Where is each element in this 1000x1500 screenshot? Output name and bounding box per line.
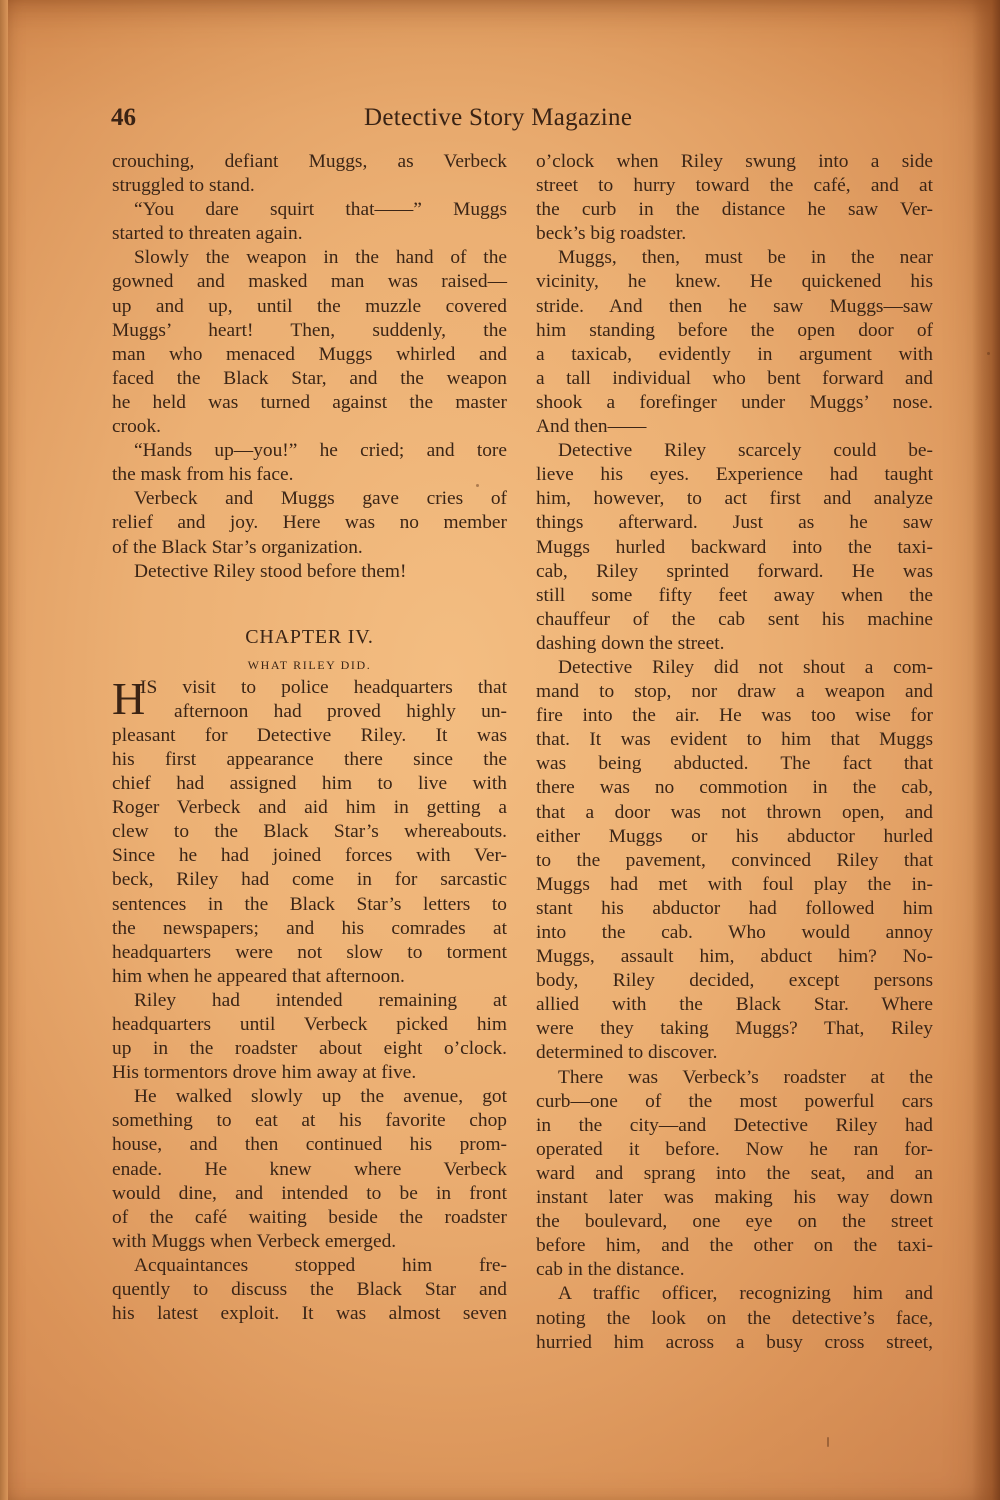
text-line: was being abducted. The fact that (536, 752, 933, 776)
text-line: “Hands up—you!” he cried; and tore (112, 439, 507, 463)
left-column-text-before-chapter: crouching, defiant Muggs, as Verbeckstru… (112, 150, 507, 584)
text-line: “You dare squirt that——” Muggs (112, 198, 507, 222)
page-right-edge-shadow (972, 0, 1000, 1500)
text-line: body, Riley decided, except persons (536, 969, 933, 993)
text-line: struggled to stand. (112, 174, 507, 198)
text-line: vicinity, he knew. He quickened his (536, 270, 933, 294)
text-line: the mask from his face. (112, 463, 507, 487)
chapter-subtitle: WHAT RILEY DID. (112, 654, 507, 676)
text-line: headquarters until Verbeck picked him (112, 1013, 507, 1037)
text-line: him when he appeared that afternoon. (112, 965, 507, 989)
text-line: man who menaced Muggs whirled and (112, 343, 507, 367)
page-left-edge (0, 0, 8, 1500)
text-line: Riley had intended remaining at (112, 989, 507, 1013)
drop-cap-letter: H (112, 677, 145, 721)
text-line: Roger Verbeck and aid him in getting a (112, 796, 507, 820)
text-line: crouching, defiant Muggs, as Verbeck (112, 150, 507, 174)
text-line: Since he had joined forces with Ver- (112, 844, 507, 868)
text-line: beck, Riley had come in for sarcastic (112, 868, 507, 892)
left-column: crouching, defiant Muggs, as Verbeckstru… (112, 150, 507, 1326)
text-line: relief and joy. Here was no member (112, 511, 507, 535)
text-line: determined to discover. (536, 1041, 933, 1065)
text-line: his latest exploit. It was almost seven (112, 1302, 507, 1326)
text-line: either Muggs or his abductor hurled (536, 825, 933, 849)
text-line: Detective Riley stood before them! (112, 560, 507, 584)
text-line: o’clock when Riley swung into a side (536, 150, 933, 174)
text-line: clew to the Black Star’s whereabouts. (112, 820, 507, 844)
text-line: Slowly the weapon in the hand of the (112, 246, 507, 270)
text-line: Muggs’ heart! Then, suddenly, the (112, 319, 507, 343)
text-line: things afterward. Just as he saw (536, 511, 933, 535)
text-line: operated it before. Now he ran for- (536, 1138, 933, 1162)
page-header: 46 Detective Story Magazine (111, 104, 931, 138)
text-line: something to eat at his favorite chop (112, 1109, 507, 1133)
text-line: that. It was evident to him that Muggs (536, 728, 933, 752)
text-line: His tormentors drove him away at five. (112, 1061, 507, 1085)
text-line: afternoon had proved highly un- (112, 700, 507, 724)
text-line: house, and then continued his prom- (112, 1133, 507, 1157)
text-line: beck’s big roadster. (536, 222, 933, 246)
text-line: in the city—and Detective Riley had (536, 1114, 933, 1138)
text-line: were they taking Muggs? That, Riley (536, 1017, 933, 1041)
left-column-text-after-chapter: pleasant for Detective Riley. It washis … (112, 724, 507, 1326)
text-line: cab in the distance. (536, 1258, 933, 1282)
text-line: the boulevard, one eye on the street (536, 1210, 933, 1234)
text-line: pleasant for Detective Riley. It was (112, 724, 507, 748)
text-line: street to hurry toward the café, and at (536, 174, 933, 198)
text-line: lieve his eyes. Experience had taught (536, 463, 933, 487)
text-line: a tall individual who bent forward and (536, 367, 933, 391)
chapter-title: CHAPTER IV. (112, 624, 507, 650)
paper-speck (476, 484, 479, 487)
text-line: hurried him across a busy cross street, (536, 1331, 933, 1355)
text-line: And then—— (536, 415, 933, 439)
page-number: 46 (111, 104, 136, 132)
text-line: of the Black Star’s organization. (112, 536, 507, 560)
text-line: chief had assigned him to live with (112, 772, 507, 796)
paper-speck (987, 352, 990, 355)
text-line: would dine, and intended to be in front (112, 1182, 507, 1206)
text-line: Detective Riley did not shout a com- (536, 656, 933, 680)
text-line: to the pavement, convinced Riley that (536, 849, 933, 873)
text-line: noting the look on the detective’s face, (536, 1307, 933, 1331)
text-line: curb—one of the most powerful cars (536, 1090, 933, 1114)
running-title: Detective Story Magazine (364, 104, 632, 132)
text-line: He walked slowly up the avenue, got (112, 1085, 507, 1109)
text-line: of the café waiting beside the roadster (112, 1206, 507, 1230)
chapter-heading: CHAPTER IV. WHAT RILEY DID. (112, 624, 507, 676)
right-column: o’clock when Riley swung into a sidestre… (536, 150, 933, 1355)
text-line: chauffeur of the cab sent his machine (536, 608, 933, 632)
right-column-text: o’clock when Riley swung into a sidestre… (536, 150, 933, 1355)
text-line: ward and sprang into the seat, and an (536, 1162, 933, 1186)
text-line: into the cab. Who would annoy (536, 921, 933, 945)
text-line: A traffic officer, recognizing him and (536, 1282, 933, 1306)
text-line: gowned and masked man was raised— (112, 270, 507, 294)
text-line: IS visit to police headquarters that (112, 676, 507, 700)
text-line: fire into the air. He was too wise for (536, 704, 933, 728)
text-line: before him, and the other on the taxi- (536, 1234, 933, 1258)
text-line: There was Verbeck’s roadster at the (536, 1066, 933, 1090)
text-line: stride. And then he saw Muggs—saw (536, 295, 933, 319)
text-line: dashing down the street. (536, 632, 933, 656)
text-line: cab, Riley sprinted forward. He was (536, 560, 933, 584)
chapter-opening: H IS visit to police headquarters that a… (112, 676, 507, 724)
text-line: Muggs hurled backward into the taxi- (536, 536, 933, 560)
text-line: his first appearance there since the (112, 748, 507, 772)
text-line: the newspapers; and his comrades at (112, 917, 507, 941)
text-line: headquarters were not slow to torment (112, 941, 507, 965)
text-line: him standing before the open door of (536, 319, 933, 343)
magazine-page: 46 Detective Story Magazine crouching, d… (0, 0, 1000, 1500)
text-line: that a door was not thrown open, and (536, 801, 933, 825)
text-line: Acquaintances stopped him fre- (112, 1254, 507, 1278)
text-line: him, however, to act first and analyze (536, 487, 933, 511)
text-line: quently to discuss the Black Star and (112, 1278, 507, 1302)
text-line: Verbeck and Muggs gave cries of (112, 487, 507, 511)
text-line: enade. He knew where Verbeck (112, 1158, 507, 1182)
text-line: still some fifty feet away when the (536, 584, 933, 608)
text-line: Muggs, then, must be in the near (536, 246, 933, 270)
text-line: started to threaten again. (112, 222, 507, 246)
text-line: mand to stop, nor draw a weapon and (536, 680, 933, 704)
text-line: up in the roadster about eight o’clock. (112, 1037, 507, 1061)
text-line: he held was turned against the master (112, 391, 507, 415)
text-line: instant later was making his way down (536, 1186, 933, 1210)
paper-speck (827, 1437, 829, 1447)
text-line: Detective Riley scarcely could be- (536, 439, 933, 463)
text-line: there was no commotion in the cab, (536, 776, 933, 800)
text-line: sentences in the Black Star’s letters to (112, 893, 507, 917)
text-line: a taxicab, evidently in argument with (536, 343, 933, 367)
text-line: shook a forefinger under Muggs’ nose. (536, 391, 933, 415)
text-line: up and up, until the muzzle covered (112, 295, 507, 319)
text-line: the curb in the distance he saw Ver- (536, 198, 933, 222)
text-line: faced the Black Star, and the weapon (112, 367, 507, 391)
text-line: crook. (112, 415, 507, 439)
text-line: with Muggs when Verbeck emerged. (112, 1230, 507, 1254)
text-line: Muggs, assault him, abduct him? No- (536, 945, 933, 969)
text-line: allied with the Black Star. Where (536, 993, 933, 1017)
text-line: Muggs had met with foul play the in- (536, 873, 933, 897)
text-line: stant his abductor had followed him (536, 897, 933, 921)
